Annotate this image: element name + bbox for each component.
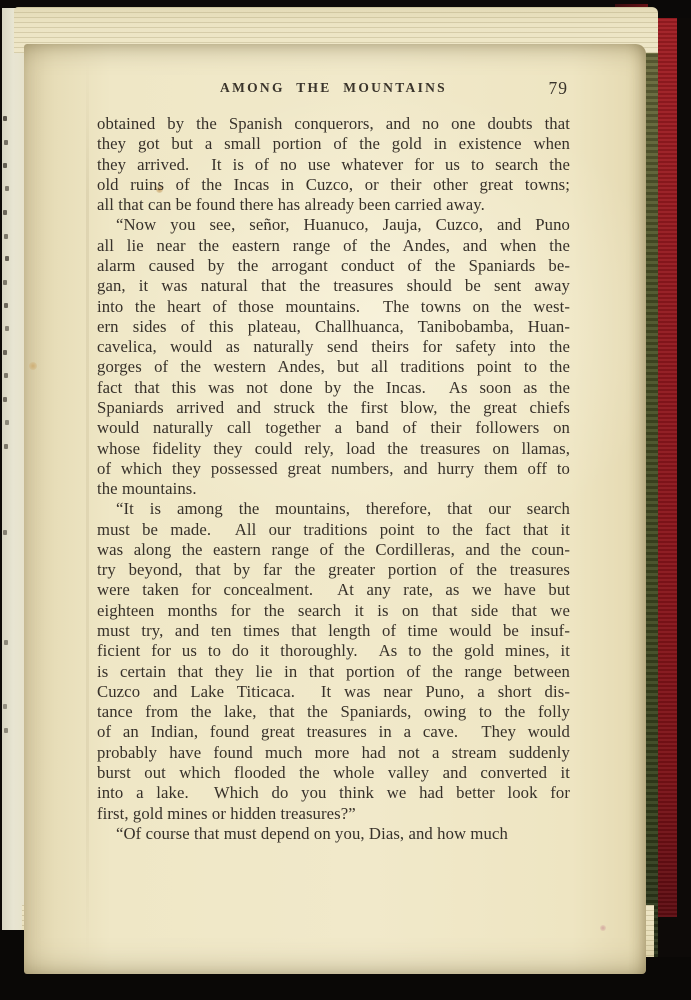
text-line: all lie near the eastern range of the An… xyxy=(97,236,570,256)
text-line: “It is among the mountains, therefore, t… xyxy=(97,499,570,519)
text-line: was along the eastern range of the Cordi… xyxy=(97,540,570,560)
text-line: old ruins of the Incas in Cuzco, or thei… xyxy=(97,175,570,195)
text-line: would naturally call together a band of … xyxy=(97,418,570,438)
foxing-spot xyxy=(29,362,37,370)
gutter-text-bleed xyxy=(3,116,7,121)
text-line: “Now you see, señor, Huanuco, Jauja, Cuz… xyxy=(97,215,570,235)
running-header: AMONG THE MOUNTAINS xyxy=(97,80,570,96)
text-line: tance from the lake, that the Spaniards,… xyxy=(97,702,570,722)
text-line: were taken for concealment. At any rate,… xyxy=(97,580,570,600)
foxing-spot xyxy=(600,925,606,931)
text-line: Cuzco and Lake Titicaca. It was near Pun… xyxy=(97,682,570,702)
text-line: fact that this was not done by the Incas… xyxy=(97,378,570,398)
page-crease xyxy=(86,60,89,960)
text-line: ern sides of this plateau, Challhuanca, … xyxy=(97,317,570,337)
text-line: Spaniards arrived and struck the first b… xyxy=(97,398,570,418)
paragraph: “Of course that must depend on you, Dias… xyxy=(97,824,570,844)
text-line: all that can be found there has already … xyxy=(97,195,570,215)
text-line: the mountains. xyxy=(97,479,570,499)
text-line: ficient for us to do it thoroughly. As t… xyxy=(97,641,570,661)
text-line: they arrived. It is of no use whatever f… xyxy=(97,155,570,175)
text-line: gorges of the western Andes, but all tra… xyxy=(97,357,570,377)
text-line: of which they possessed great numbers, a… xyxy=(97,459,570,479)
paragraph: “Now you see, señor, Huanuco, Jauja, Cuz… xyxy=(97,215,570,499)
text-line: cavelica, would as naturally send theirs… xyxy=(97,337,570,357)
page-header: AMONG THE MOUNTAINS 79 xyxy=(97,78,570,98)
cover-red-cloth xyxy=(655,5,677,917)
text-line: eighteen months for the search it is on … xyxy=(97,601,570,621)
text-line: first, gold mines or hidden treasures?” xyxy=(97,804,570,824)
text-line: of an Indian, found great treasures in a… xyxy=(97,722,570,742)
text-line: probably have found much more had not a … xyxy=(97,743,570,763)
text-line: obtained by the Spanish conquerors, and … xyxy=(97,114,570,134)
text-line: gan, it was natural that the treasures s… xyxy=(97,276,570,296)
page-number: 79 xyxy=(549,78,569,99)
text-line: burst out which flooded the whole valley… xyxy=(97,763,570,783)
text-line: must be made. All our traditions point t… xyxy=(97,520,570,540)
text-line: alarm caused by the arrogant conduct of … xyxy=(97,256,570,276)
text-line: into a lake. Which do you think we had b… xyxy=(97,783,570,803)
text-line: they got but a small portion of the gold… xyxy=(97,134,570,154)
paragraph: obtained by the Spanish conquerors, and … xyxy=(97,114,570,215)
text-line: into the heart of those mountains. The t… xyxy=(97,297,570,317)
text-line: must try, and ten times that length of t… xyxy=(97,621,570,641)
cover-green-edge xyxy=(644,42,658,976)
paragraph: “It is among the mountains, therefore, t… xyxy=(97,499,570,824)
text-line: “Of course that must depend on you, Dias… xyxy=(97,824,570,844)
body-text: obtained by the Spanish conquerors, and … xyxy=(97,114,570,844)
text-line: is certain that they lie in that portion… xyxy=(97,662,570,682)
text-line: whose fidelity they could rely, load the… xyxy=(97,439,570,459)
book-page-scan: AMONG THE MOUNTAINS 79 obtained by the S… xyxy=(0,0,691,1000)
text-line: try beyond, that by far the greater port… xyxy=(97,560,570,580)
